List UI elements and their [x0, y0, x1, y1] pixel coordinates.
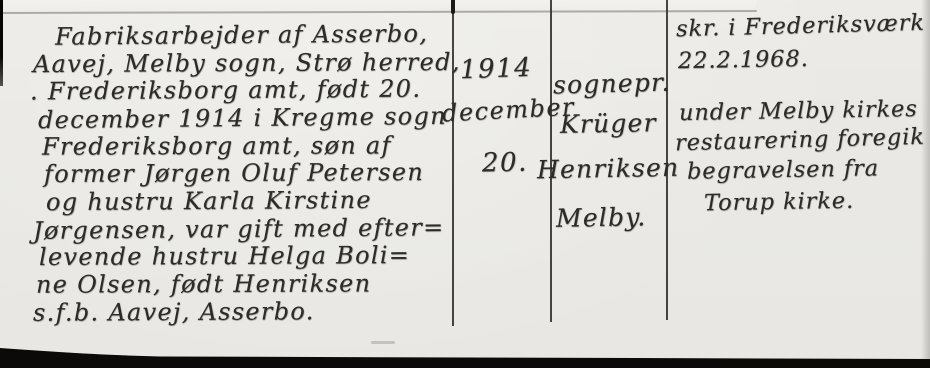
remarks-line: skr. i Frederiksværk	[676, 11, 925, 42]
entry-line: Jørgensen, var gift med efter=	[33, 214, 445, 244]
page-bottom-edge	[0, 342, 930, 368]
parish-register-scan: Fabriksarbejder af Asserbo, Aavej, Melby…	[0, 0, 930, 368]
entry-line: Frederiksborg amt, søn af	[42, 132, 392, 160]
entry-line: former Jørgen Oluf Petersen	[44, 159, 424, 187]
entry-line: ne Olsen, født Henriksen	[36, 270, 371, 298]
entry-line: s.f.b. Aavej, Asserbo.	[33, 298, 315, 326]
remarks-line: Torup kirke.	[704, 189, 855, 216]
officiant-line: Melby.	[556, 203, 647, 232]
remarks-line: begravelsen fra	[687, 156, 879, 184]
scan-right-edge	[921, 0, 930, 368]
scan-left-edge	[0, 0, 3, 86]
remarks-line: under Melby kirkes	[679, 97, 918, 126]
entry-line: levende hustru Helga Boli=	[39, 242, 410, 270]
officiant-line: sognepr.	[553, 68, 671, 99]
remarks-line: 22.2.1968.	[678, 47, 809, 74]
burial-date-day: 20.	[482, 149, 528, 178]
entry-line: Fabriksarbejder af Asserbo,	[55, 20, 428, 50]
entry-line: . Frederiksborg amt, født 20.	[30, 76, 421, 105]
entry-line: og hustru Karla Kirstine	[46, 187, 372, 216]
entry-line: december 1914 i Kregme sogn	[38, 103, 447, 134]
column-divider-ink-blot	[451, 0, 455, 14]
officiant-line: Henriksen	[537, 154, 680, 184]
officiant-line: Krüger	[560, 109, 657, 138]
burial-date-year: 1914	[460, 54, 533, 85]
entry-line: Aavej, Melby sogn, Strø herred,	[33, 49, 461, 78]
remarks-line: restaurering foregik	[675, 125, 925, 156]
